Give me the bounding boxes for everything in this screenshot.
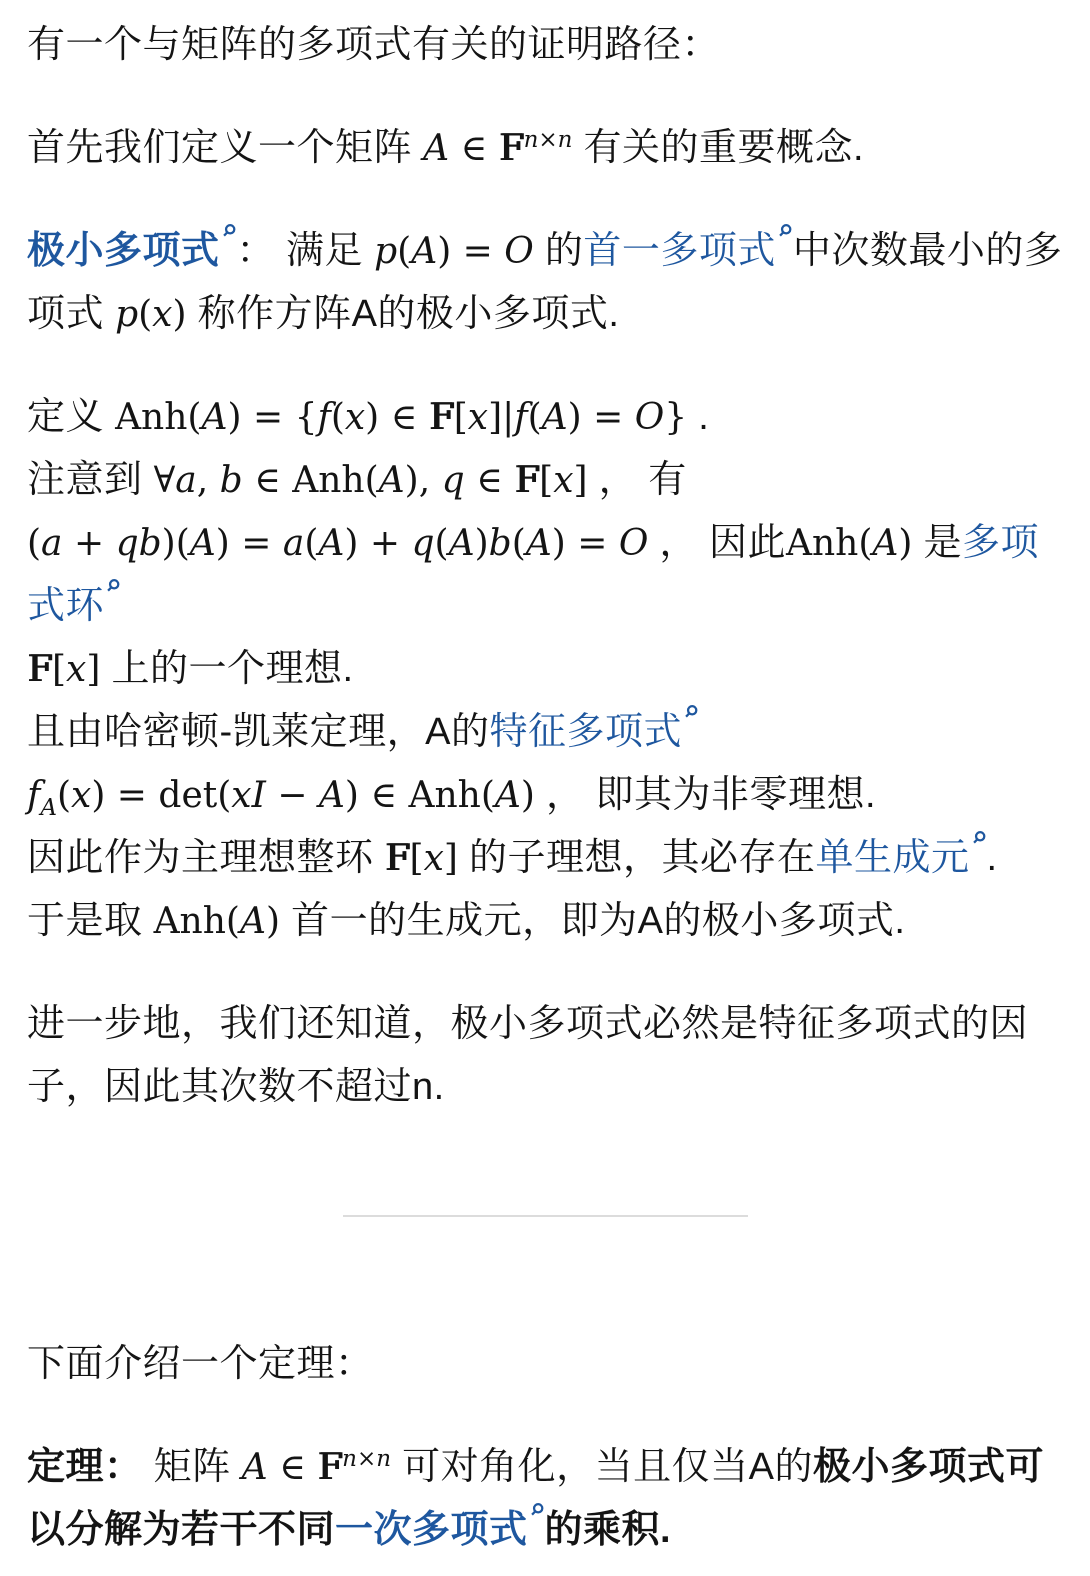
single-generator-link[interactable]: 单生成元 [816, 837, 987, 879]
text-run: 的子理想，其必存在 [458, 837, 816, 879]
intro-line: 有一个与矩阵的多项式有关的证明路径： [27, 14, 1063, 77]
text-run: 是 [912, 522, 962, 564]
text-run: 的 [534, 230, 584, 272]
math-formula: p(x) [115, 294, 186, 335]
text-run: 上的一个理想. [100, 648, 353, 690]
math-formula: A ∈ Fn×n [423, 128, 572, 169]
minimal-polynomial-definition: 极小多项式： 满足 p(A) = O 的首一多项式中次数最小的多项式 p(x) … [27, 220, 1063, 346]
theorem-intro-line: 下面介绍一个定理： [27, 1333, 1063, 1396]
text-run: ： 满足 [236, 230, 374, 272]
text-run: ， 因此 [648, 522, 786, 564]
text-run: 于是取 [27, 900, 154, 942]
math-formula: ∀a, b ∈ Anh(A), q ∈ F[x] [154, 460, 588, 501]
text-run: . [687, 396, 709, 438]
linear-polynomial-link[interactable]: 一次多项式 [335, 1509, 544, 1551]
characteristic-polynomial-link[interactable]: 特征多项式 [490, 711, 699, 753]
anh-definition-line: 定义 Anh(A) = {f(x) ∈ F[x]|f(A) = O} . [27, 386, 1063, 449]
bold-text-run: 的乘积. [544, 1509, 671, 1551]
text-run: 有一个与矩阵的多项式有关的证明路径： [27, 24, 720, 66]
math-formula: fA(x) = det(xI − A) ∈ Anh(A) [27, 775, 535, 816]
math-formula: Anh(A) [154, 901, 280, 942]
cayley-hamilton-line: 且由哈密顿-凯莱定理，A的特征多项式 [27, 701, 1063, 764]
math-formula: Anh(A) = {f(x) ∈ F[x]|f(A) = O} [115, 397, 687, 438]
search-icon [105, 578, 121, 594]
math-formula: Anh(A) [786, 523, 912, 564]
text-run: 下面介绍一个定理： [27, 1343, 374, 1385]
theorem-statement: 定理： 矩阵 A ∈ Fn×n 可对角化，当且仅当A的极小多项式可以分解为若干不… [27, 1436, 1063, 1562]
text-run: 首先我们定义一个矩阵 [27, 127, 423, 169]
blackboard-F: F [385, 827, 410, 890]
text-run: 首一的生成元，即为A的极小多项式. [280, 900, 905, 942]
text-run: 可对角化，当且仅当A的 [391, 1446, 813, 1488]
text-run: 且由哈密顿-凯莱定理，A的 [27, 711, 490, 753]
text-run: ， 有 [588, 459, 687, 501]
math-formula: (a + qb)(A) = a(A) + q(A)b(A) = O [27, 523, 648, 564]
text-run: 因此作为主理想整环 [27, 837, 385, 879]
blackboard-F: F [317, 1436, 342, 1499]
note-line: 注意到 ∀a, b ∈ Anh(A), q ∈ F[x] ， 有 [27, 449, 1063, 512]
pid-line: 因此作为主理想整环 F[x] 的子理想，其必存在单生成元. [27, 827, 1063, 890]
math-formula: F[x] [385, 838, 458, 879]
text-run: 称作方阵A的极小多项式. [187, 293, 620, 335]
text-run: 矩阵 [143, 1446, 242, 1488]
bold-text-run: 定理： [27, 1446, 143, 1488]
text-run: ， 即其为非零理想. [535, 774, 876, 816]
search-icon [683, 704, 699, 720]
ideal-equation-line: (a + qb)(A) = a(A) + q(A)b(A) = O ， 因此An… [27, 512, 1063, 638]
search-icon [221, 223, 237, 239]
blackboard-F: F [27, 638, 52, 701]
degree-remark-paragraph: 进一步地，我们还知道，极小多项式必然是特征多项式的因子，因此其次数不超过n. [27, 993, 1063, 1119]
article-body: 有一个与矩阵的多项式有关的证明路径：首先我们定义一个矩阵 A ∈ Fn×n 有关… [0, 0, 1090, 1576]
search-icon [777, 223, 793, 239]
text-run: 注意到 [27, 459, 154, 501]
ideal-conclusion-line: F[x] 上的一个理想. [27, 638, 1063, 701]
definition-intro-line: 首先我们定义一个矩阵 A ∈ Fn×n 有关的重要概念. [27, 117, 1063, 180]
text-run: 有关的重要概念. [573, 127, 865, 169]
search-icon [529, 1502, 545, 1518]
blackboard-F: F [514, 449, 539, 512]
math-formula: F[x] [27, 649, 100, 690]
section-divider [343, 1215, 748, 1217]
text-run: . [986, 837, 997, 879]
math-formula: p(A) = O [374, 231, 534, 272]
math-formula: A ∈ Fn×n [242, 1447, 391, 1488]
blackboard-F: F [429, 386, 454, 449]
search-icon [971, 830, 987, 846]
text-run: 进一步地，我们还知道，极小多项式必然是特征多项式的因子，因此其次数不超过n. [27, 1003, 1028, 1108]
generator-conclusion-line: 于是取 Anh(A) 首一的生成元，即为A的极小多项式. [27, 890, 1063, 953]
blackboard-F: F [499, 117, 524, 180]
text-run: 定义 [27, 396, 115, 438]
monic-polynomial-link[interactable]: 首一多项式 [583, 230, 792, 272]
minimal-polynomial-link[interactable]: 极小多项式 [27, 230, 236, 272]
characteristic-polynomial-line: fA(x) = det(xI − A) ∈ Anh(A) ， 即其为非零理想. [27, 764, 1063, 827]
